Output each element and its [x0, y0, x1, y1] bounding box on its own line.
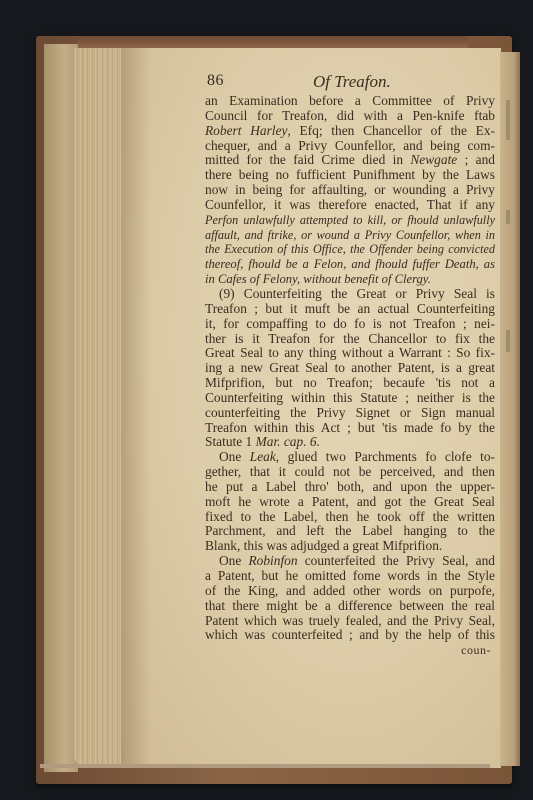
text-span: mitted for the faid Crime died in — [205, 152, 410, 167]
text-line-italic: Perfon unlawfully attempted to kill, or … — [205, 213, 495, 228]
text-line-italic: in Cafes of Felony, without benefit of C… — [205, 272, 495, 287]
italic-name: Robinfon — [248, 553, 297, 568]
text-line-italic: thereof, fhould be a Felon, and fhould f… — [205, 257, 495, 272]
text-span: ; and — [457, 152, 495, 167]
text-line: ing a new Great Seal to another Patent, … — [205, 361, 495, 376]
text-line: One Leak, glued two Parchments fo clofe … — [205, 450, 495, 465]
running-head: 86 Of Treafon. — [205, 72, 495, 94]
text-line: ther is it Treafon for the Chancellor to… — [205, 332, 495, 347]
text-line: of the King, and added other words on pu… — [205, 584, 495, 599]
show-through-mark — [506, 100, 510, 140]
text-line: Treafon within this Act ; but 'tis made … — [205, 421, 495, 436]
text-line: mitted for the faid Crime died in Newgat… — [205, 153, 495, 168]
text-line: an Examination before a Committee of Pri… — [205, 94, 495, 109]
text-line: Council for Treafon, did with a Pen-knif… — [205, 109, 495, 124]
text-line: Robert Harley, Efq; then Chancellor of t… — [205, 124, 495, 139]
text-line: Treafon ; but it muft be an actual Count… — [205, 302, 495, 317]
text-span: One — [219, 553, 248, 568]
text-line: Blank, this was adjudged a great Mifprif… — [205, 539, 495, 554]
text-line: Counterfeiting within this Statute ; nei… — [205, 391, 495, 406]
text-line: he put a Label thro' both, and upon the … — [205, 480, 495, 495]
text-line: it, for compaffing to do fo is not Treaf… — [205, 317, 495, 332]
text-line: there being no fufficient Punifhment by … — [205, 168, 495, 183]
text-line: moft he wrote a Patent, and got the Grea… — [205, 495, 495, 510]
text-line: Patent which was truely fealed, and the … — [205, 614, 495, 629]
catchword: coun- — [205, 643, 495, 658]
text-line: Counfellor, it was therefore enacted, Th… — [205, 198, 495, 213]
text-line-italic: affault, and ftrike, or wound a Privy Co… — [205, 228, 495, 243]
page-text-block: 86 Of Treafon. an Examination before a C… — [205, 72, 495, 658]
text-span: One — [219, 449, 250, 464]
book-cover-top-edge — [78, 36, 468, 48]
text-line: Parchment, and left the Label hanging to… — [205, 524, 495, 539]
text-line: Statute 1 Mar. cap. 6. — [205, 435, 495, 450]
page-fore-edge-stack — [74, 48, 122, 768]
text-line: (9) Counterfeiting the Great or Privy Se… — [205, 287, 495, 302]
text-line: chequer, and a Privy Counfellor, and bei… — [205, 139, 495, 154]
text-line: counterfeiting the Privy Signet or Sign … — [205, 406, 495, 421]
text-line: that there might be a difference between… — [205, 599, 495, 614]
book-bottom-edge — [40, 764, 490, 768]
flyleaf — [44, 44, 78, 772]
text-line: Mifprifion, but no Treafon; becaufe 'tis… — [205, 376, 495, 391]
text-line: a Patent, but he omitted fome words in t… — [205, 569, 495, 584]
italic-name: Robert Harley — [205, 123, 287, 138]
italic-place: Newgate — [410, 152, 457, 167]
text-line: Great Seal to any thing without a Warran… — [205, 346, 495, 361]
gutter-shadow — [121, 48, 151, 768]
show-through-mark — [506, 210, 510, 224]
italic-name: Leak — [250, 449, 276, 464]
text-span: counterfeited the Privy Seal, and — [298, 553, 495, 568]
show-through-mark — [506, 330, 510, 352]
text-line-italic: the Execution of this Office, the Offend… — [205, 242, 495, 257]
text-line: One Robinfon counterfeited the Privy Sea… — [205, 554, 495, 569]
facing-page-edge — [500, 52, 520, 766]
text-line: which was counterfeited ; and by the hel… — [205, 628, 495, 643]
text-line: gether, that it could not be perceived, … — [205, 465, 495, 480]
running-title: Of Treafon. — [313, 72, 391, 92]
text-span: , Efq; then Chancellor of the Ex- — [287, 123, 495, 138]
italic-citation: Mar. cap. 6. — [256, 434, 320, 449]
text-line: now in being for affaulting, or wounding… — [205, 183, 495, 198]
text-span: , glued two Parchments fo clofe to- — [276, 449, 495, 464]
text-line: fixed to the Label, then he took off the… — [205, 510, 495, 525]
text-span: Statute 1 — [205, 434, 256, 449]
page-number: 86 — [207, 72, 224, 90]
